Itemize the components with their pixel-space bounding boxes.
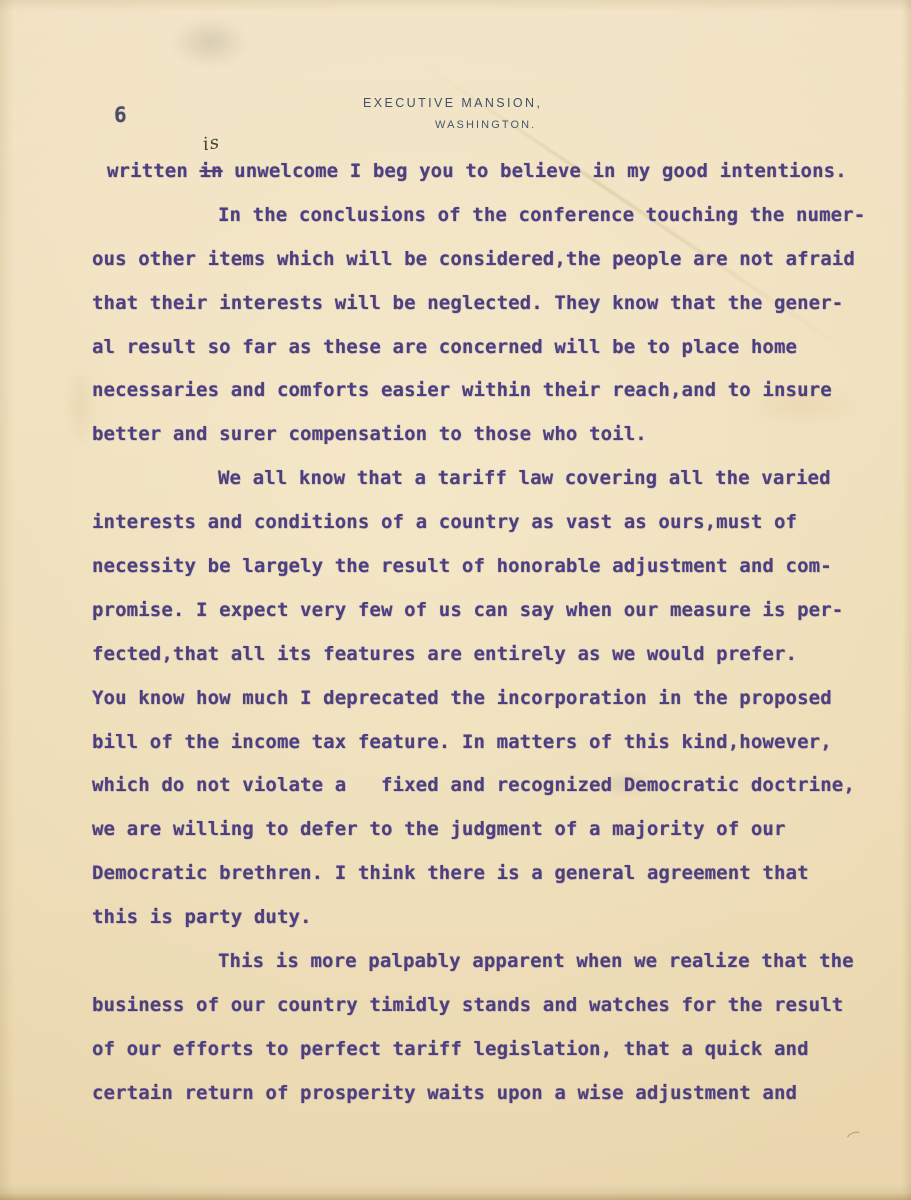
typed-line: that their interests will be neglected. … (92, 282, 871, 326)
typed-line: We all know that a tariff law covering a… (92, 457, 871, 501)
typed-line: certain return of prosperity waits upon … (92, 1072, 871, 1116)
typed-text: written (107, 160, 199, 182)
handwritten-correction: is (202, 134, 222, 155)
paper-stain (170, 16, 250, 68)
typed-line: we are willing to defer to the judgment … (92, 808, 871, 852)
typed-line: business of our country timidly stands a… (92, 984, 871, 1028)
typed-text: unwelcome I beg you to believe in my goo… (223, 160, 847, 182)
typed-line: better and surer compensation to those w… (92, 413, 871, 457)
typed-line: necessaries and comforts easier within t… (92, 369, 871, 413)
typed-line: necessity be largely the result of honor… (92, 545, 871, 589)
struck-word: inis (199, 160, 222, 182)
typed-line: of our efforts to perfect tariff legisla… (92, 1028, 871, 1072)
letter-page: 6 EXECUTIVE MANSION, WASHINGTON. written… (0, 0, 911, 1200)
typed-line: al result so far as these are concerned … (92, 326, 871, 370)
letter-body: written inis unwelcome I beg you to beli… (92, 150, 871, 1116)
typed-line: this is party duty. (92, 896, 871, 940)
typed-line: ous other items which will be considered… (92, 238, 871, 282)
typed-line: which do not violate a fixed and recogni… (92, 764, 871, 808)
typed-line: fected,that all its features are entirel… (92, 633, 871, 677)
typed-line: This is more palpably apparent when we r… (92, 940, 871, 984)
typed-line: Democratic brethren. I think there is a … (92, 852, 871, 896)
typed-line: You know how much I deprecated the incor… (92, 677, 871, 721)
typed-line: promise. I expect very few of us can say… (92, 589, 871, 633)
typed-line: interests and conditions of a country as… (92, 501, 871, 545)
stray-ink-mark (844, 1129, 866, 1148)
typed-line: In the conclusions of the conference tou… (92, 194, 871, 238)
letterhead-title: EXECUTIVE MANSION, (363, 96, 542, 110)
typed-line: written inis unwelcome I beg you to beli… (92, 150, 871, 194)
typed-line: bill of the income tax feature. In matte… (92, 721, 871, 765)
letterhead-city: WASHINGTON. (435, 119, 536, 131)
page-number: 6 (114, 103, 127, 127)
